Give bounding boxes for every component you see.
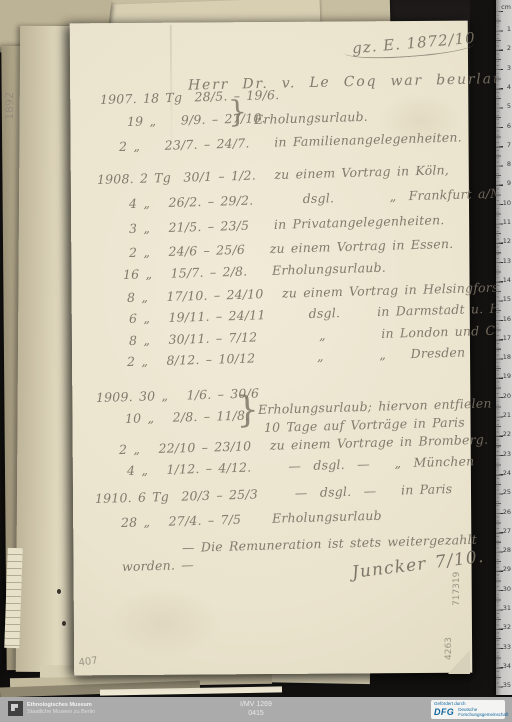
ruler-label: 11 <box>501 219 511 226</box>
measurement-ruler: cm 1 2 3 4 5 6 7 8 9 10 11 <box>496 0 512 695</box>
ruler-label: 23 <box>501 451 511 458</box>
dfg-funded-label: Gefördert durch <box>434 701 502 706</box>
ruler-label: 8 <box>501 161 511 168</box>
punch-hole <box>62 621 66 626</box>
ruler-label: 20 <box>501 393 511 400</box>
metadata-bar: Ethnologisches Museum Staatliche Museen … <box>0 697 512 722</box>
ruler-label: 29 <box>501 566 511 573</box>
ruler-label: 15 <box>501 296 511 303</box>
ruler-label: 7 <box>501 142 511 149</box>
ruler-label: 35 <box>501 682 511 689</box>
ruler-label: 33 <box>501 644 511 651</box>
ruler-label: 14 <box>501 277 511 284</box>
pencil-annotation: 1892 <box>3 92 16 120</box>
ruler-label: 10 <box>501 200 511 207</box>
handwritten-line: } <box>235 389 259 431</box>
pencil-annotation: 4263 <box>444 637 454 660</box>
ruler-label: 3 <box>501 65 511 72</box>
background-gap-right <box>470 0 496 697</box>
ruler-label: 24 <box>501 470 511 477</box>
handwritten-line: worden. — <box>122 557 194 574</box>
ruler-label: 31 <box>501 605 511 612</box>
ruler-label: 18 <box>501 354 511 361</box>
ruler-label: 30 <box>501 586 511 593</box>
ruler-label: 13 <box>501 258 511 265</box>
ruler-label: 1 <box>501 26 511 33</box>
ruler-label: 34 <box>501 663 511 670</box>
ruler-label: 22 <box>501 431 511 438</box>
dfg-logo-row: DFG Deutsche Forschungsgemeinschaft <box>434 707 502 717</box>
pencil-annotation: 717319 <box>452 572 462 606</box>
dfg-full-name: Deutsche Forschungsgemeinschaft <box>458 707 508 717</box>
ruler-label: 25 <box>501 489 511 496</box>
ruler-label: cm <box>501 4 511 11</box>
scan-viewport: gz. E. 1872/10 Herr Dr. v. Le Coq war be… <box>0 0 512 722</box>
ruler-label: 12 <box>501 238 511 245</box>
ruler-label: 16 <box>501 316 511 323</box>
ruler-label: 27 <box>501 528 511 535</box>
ruler-label: 17 <box>501 335 511 342</box>
handwritten-line: Erholungsurlaub. <box>254 109 368 127</box>
ruler-label: 19 <box>501 373 511 380</box>
ruler-label: 26 <box>501 509 511 516</box>
dfg-logo: Gefördert durch DFG Deutsche Forschungsg… <box>431 700 505 719</box>
ruler-label: 9 <box>501 180 511 187</box>
ruler-label: 21 <box>501 412 511 419</box>
ruler-label: 5 <box>501 103 511 110</box>
ruler-label: 32 <box>501 624 511 631</box>
ruler-label: 2 <box>501 45 511 52</box>
ruler-label: 4 <box>501 84 511 91</box>
dfg-abbr: DFG <box>434 708 454 717</box>
ruler-label: 6 <box>501 123 511 130</box>
dfg-name-line2: Forschungsgemeinschaft <box>458 712 508 717</box>
ruler-label: 28 <box>501 547 511 554</box>
punch-hole <box>57 589 61 594</box>
handwritten-line: } <box>228 94 248 130</box>
